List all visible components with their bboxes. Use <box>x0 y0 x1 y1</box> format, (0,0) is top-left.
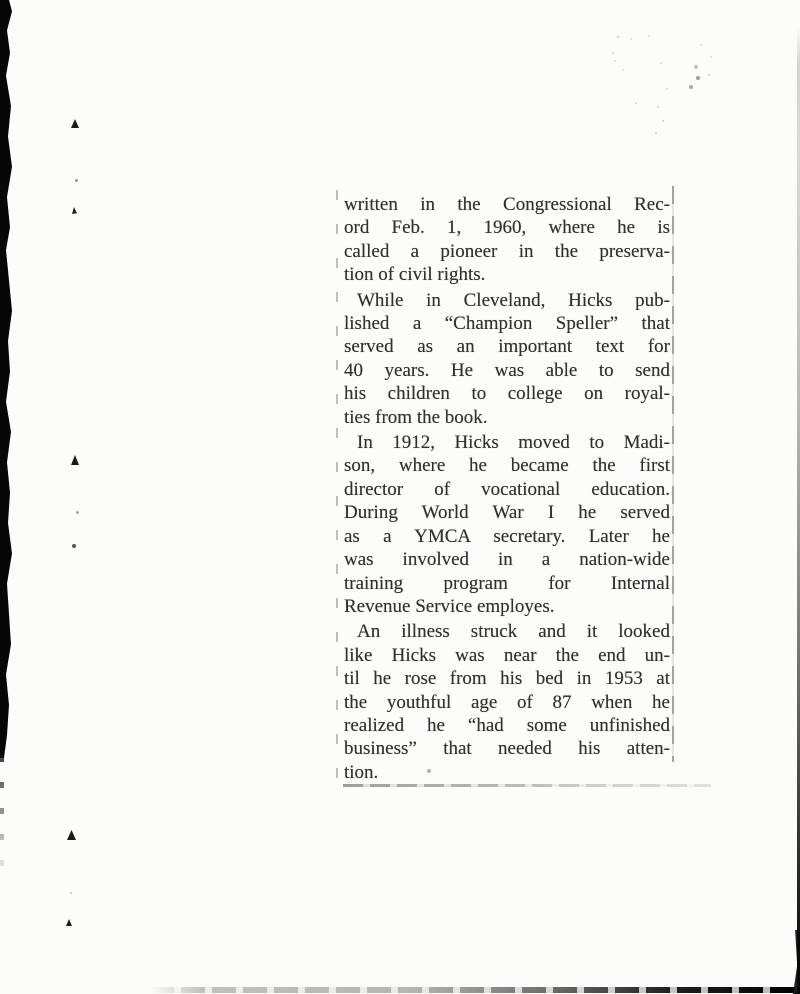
article-line: written in the Congressional Rec- <box>344 193 670 216</box>
article-line: An illness struck and it looked <box>344 620 670 643</box>
article-line: business” that needed his atten- <box>344 737 670 760</box>
article-line: as a YMCA secretary. Later he <box>344 525 670 548</box>
faint-stamp-noise <box>600 14 602 16</box>
paper-speck <box>66 919 72 926</box>
paper-speck <box>72 544 76 548</box>
article-line: During World War I he served <box>344 501 670 524</box>
article-line: served as an important text for <box>344 335 670 358</box>
article-line: the youthful age of 87 when he <box>344 691 670 714</box>
paper-speck <box>67 830 76 840</box>
article-line: til he rose from his bed in 1953 at <box>344 667 670 690</box>
article-paragraph: written in the Congressional Rec-ord Feb… <box>344 193 670 287</box>
article-line: realized he “had some unfinished <box>344 714 670 737</box>
column-rule-left <box>336 190 338 782</box>
clipping-bottom-rule <box>343 784 711 787</box>
scanned-page: written in the Congressional Rec-ord Feb… <box>0 0 800 994</box>
scan-torn-left-edge-tail <box>0 756 4 906</box>
article-line: 40 years. He was able to send <box>344 359 670 382</box>
article-line: lished a “Champion Speller” that <box>344 312 670 335</box>
article-text: written in the Congressional Rec-ord Feb… <box>344 193 670 786</box>
scan-bottom-edge-line <box>150 987 800 993</box>
paper-speck <box>72 207 77 214</box>
scan-torn-left-edge <box>0 0 13 758</box>
paper-speck <box>71 119 79 128</box>
article-line: like Hicks was near the end un- <box>344 644 670 667</box>
article-line: called a pioneer in the preserva- <box>344 240 670 263</box>
article-line: training program for Internal <box>344 572 670 595</box>
article-line: Revenue Service employes. <box>344 595 670 618</box>
article-line: was involved in a nation-wide <box>344 548 670 571</box>
article-paragraph: While in Cleveland, Hicks pub-lished a “… <box>344 289 670 429</box>
article-line: his children to college on royal- <box>344 382 670 405</box>
article-line: director of vocational education. <box>344 478 670 501</box>
column-rule-right <box>672 186 674 762</box>
article-line: ord Feb. 1, 1960, where he is <box>344 216 670 239</box>
paper-speck <box>70 892 72 894</box>
article-line: In 1912, Hicks moved to Madi- <box>344 431 670 454</box>
article-line: tion. <box>344 761 670 784</box>
article-line: tion of civil rights. <box>344 263 670 286</box>
article-line: While in Cleveland, Hicks pub- <box>344 289 670 312</box>
paper-speck <box>76 511 79 514</box>
article-line: ties from the book. <box>344 406 670 429</box>
article-paragraph: An illness struck and it lookedlike Hick… <box>344 620 670 784</box>
paper-speck <box>71 455 79 465</box>
paper-speck <box>75 179 78 182</box>
article-paragraph: In 1912, Hicks moved to Madi-son, where … <box>344 431 670 618</box>
article-line: son, where he became the first <box>344 454 670 477</box>
